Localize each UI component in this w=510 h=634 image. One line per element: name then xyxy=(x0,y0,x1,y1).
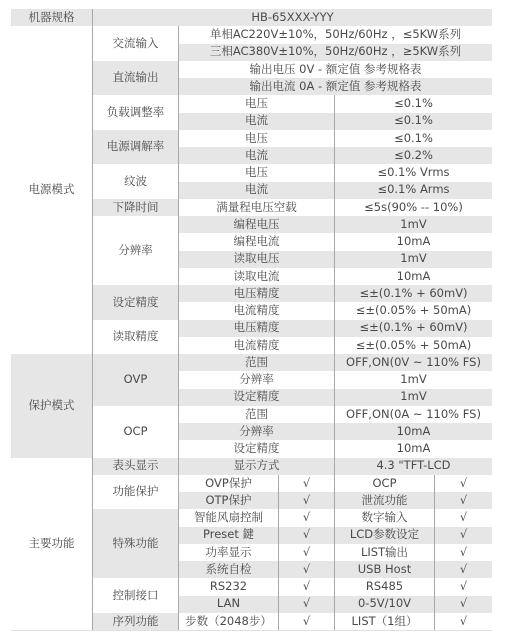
spec-item: 读取电流 xyxy=(178,268,334,285)
spec-item: 分辨率 xyxy=(178,371,334,388)
spec-value: ≤0.1% xyxy=(334,113,492,130)
spec-value: ≤0.1% Arms xyxy=(334,182,492,199)
spec-value: 10mA xyxy=(334,268,492,285)
section-label: 保护模式 xyxy=(11,354,92,458)
feature-name: LAN xyxy=(178,596,278,613)
group-label: 交流输入 xyxy=(92,26,178,61)
spec-item: 读取电压 xyxy=(178,251,334,268)
spec-item: 编程电压 xyxy=(178,216,334,233)
spec-item: 分辨率 xyxy=(178,423,334,440)
spec-value: 三相AC380V±10%，50Hz/60Hz ，≥5KW系列 xyxy=(178,44,492,61)
group-label: OCP xyxy=(92,406,178,458)
spec-value: ≤0.1% Vrms xyxy=(334,164,492,181)
feature-name: 数字输入 xyxy=(334,509,434,526)
spec-item: 电压精度 xyxy=(178,285,334,302)
group-label: 纹波 xyxy=(92,164,178,199)
check-icon: √ xyxy=(434,492,492,509)
check-icon: √ xyxy=(434,509,492,526)
check-icon: √ xyxy=(434,596,492,613)
table-bottom-divider xyxy=(11,630,492,631)
spec-item: 满量程电压空载 xyxy=(178,199,334,216)
spec-item: 电压 xyxy=(178,164,334,181)
check-icon: √ xyxy=(434,613,492,630)
spec-value: ≤0.2% xyxy=(334,147,492,164)
group-label: 下降时间 xyxy=(92,199,178,216)
spec-value: 10mA xyxy=(334,233,492,250)
group-label: 控制接口 xyxy=(92,578,178,613)
spec-value: 输出电压 0V - 额定值 参考规格表 xyxy=(178,61,492,78)
spec-value: 1mV xyxy=(334,251,492,268)
check-icon: √ xyxy=(278,509,334,526)
group-label: 读取精度 xyxy=(92,320,178,355)
spec-value: 10mA xyxy=(334,423,492,440)
check-icon: √ xyxy=(278,613,334,630)
check-icon: √ xyxy=(434,561,492,578)
check-icon: √ xyxy=(434,578,492,595)
feature-name: LCD参数设定 xyxy=(334,527,434,544)
spec-value: 1mV xyxy=(334,389,492,406)
check-icon: √ xyxy=(434,544,492,561)
feature-name: 智能风扇控制 xyxy=(178,509,278,526)
spec-item: 范围 xyxy=(178,354,334,371)
spec-value: ≤±(0.1% + 60mV) xyxy=(334,285,492,302)
group-label: 特殊功能 xyxy=(92,509,178,578)
feature-name: USB Host xyxy=(334,561,434,578)
group-label: 表头显示 xyxy=(92,458,178,475)
spec-item: 电压 xyxy=(178,95,334,112)
feature-name: 功率显示 xyxy=(178,544,278,561)
spec-item: 电流 xyxy=(178,182,334,199)
group-label: 序列功能 xyxy=(92,613,178,630)
group-label: 直流输出 xyxy=(92,61,178,96)
feature-name: LIST（1组） xyxy=(334,613,434,630)
feature-name: LIST输出 xyxy=(334,544,434,561)
spec-item: 电流 xyxy=(178,113,334,130)
spec-item: 电流精度 xyxy=(178,302,334,319)
feature-name: OVP保护 xyxy=(178,475,278,492)
feature-name: 0-5V/10V xyxy=(334,596,434,613)
spec-item: 显示方式 xyxy=(178,458,334,475)
feature-name: RS232 xyxy=(178,578,278,595)
spec-table: 机器规格HB-65XXX-YYY电源模式交流输入单相AC220V±10%，50H… xyxy=(11,9,492,630)
spec-value: ≤0.1% xyxy=(334,130,492,147)
spec-value: OFF,ON(0A ~ 110% FS) xyxy=(334,406,492,423)
group-label: OVP xyxy=(92,354,178,406)
spec-value: 1mV xyxy=(334,371,492,388)
check-icon: √ xyxy=(278,492,334,509)
spec-item: 范围 xyxy=(178,406,334,423)
spec-item: 电压 xyxy=(178,130,334,147)
spec-item: 电流 xyxy=(178,147,334,164)
group-label: 功能保护 xyxy=(92,475,178,510)
feature-name: 泄流功能 xyxy=(334,492,434,509)
spec-item: 编程电流 xyxy=(178,233,334,250)
spec-value: OFF,ON(0V ~ 110% FS) xyxy=(334,354,492,371)
group-label: 设定精度 xyxy=(92,285,178,320)
feature-name: Preset 鍵 xyxy=(178,527,278,544)
spec-value: 输出电流 0A - 额定值 参考规格表 xyxy=(178,78,492,95)
check-icon: √ xyxy=(278,578,334,595)
section-label: 主要功能 xyxy=(11,458,92,631)
feature-name: 系统自检 xyxy=(178,561,278,578)
spec-item: 设定精度 xyxy=(178,389,334,406)
check-icon: √ xyxy=(278,596,334,613)
group-label: 负载调整率 xyxy=(92,95,178,130)
feature-name: OCP xyxy=(334,475,434,492)
spec-item: 电压精度 xyxy=(178,320,334,337)
feature-name: RS485 xyxy=(334,578,434,595)
spec-value: ≤0.1% xyxy=(334,95,492,112)
group-label: 电源调解率 xyxy=(92,130,178,165)
spec-value: 单相AC220V±10%，50Hz/60Hz ，≤5KW系列 xyxy=(178,26,492,43)
section-label: 电源模式 xyxy=(11,26,92,354)
spec-value: ≤±(0.1% + 60mV) xyxy=(334,320,492,337)
model-value: HB-65XXX-YYY xyxy=(92,9,492,26)
spec-value: ≤5s(90% -- 10%) xyxy=(334,199,492,216)
spec-item: 电流精度 xyxy=(178,337,334,354)
spec-value: 1mV xyxy=(334,216,492,233)
feature-name: 步数（2048步） xyxy=(178,613,278,630)
spec-item: 设定精度 xyxy=(178,440,334,457)
check-icon: √ xyxy=(434,475,492,492)
check-icon: √ xyxy=(278,475,334,492)
check-icon: √ xyxy=(434,527,492,544)
check-icon: √ xyxy=(278,561,334,578)
spec-value: ≤±(0.05% + 50mA) xyxy=(334,337,492,354)
check-icon: √ xyxy=(278,544,334,561)
feature-name: OTP保护 xyxy=(178,492,278,509)
model-label: 机器规格 xyxy=(11,9,92,26)
group-label: 分辨率 xyxy=(92,216,178,285)
spec-value: ≤±(0.05% + 50mA) xyxy=(334,302,492,319)
spec-value: 4.3 "TFT-LCD xyxy=(334,458,492,475)
check-icon: √ xyxy=(278,527,334,544)
spec-value: 10mA xyxy=(334,440,492,457)
